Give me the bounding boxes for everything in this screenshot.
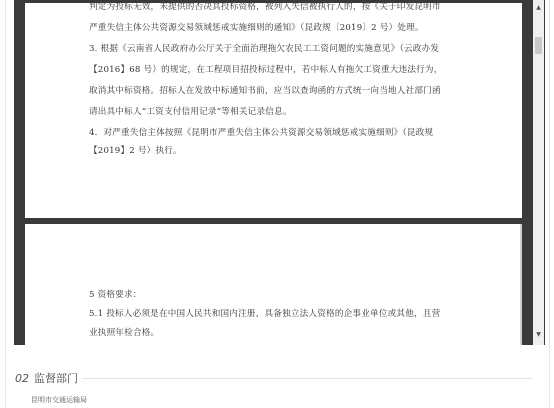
doc-line: 请出具中标人“工资支付信用记录”等相关记录信息。 [89, 105, 292, 117]
doc-line: 严重失信主体公共资源交易领域惩戒实施细则的通知》（昆政规〔2019〕2 号）处理… [89, 21, 424, 33]
doc-line: 5 资格要求： [89, 288, 142, 300]
doc-line: 业执照年检合格。 [89, 326, 159, 338]
section-title: 监督部门 [34, 370, 78, 386]
section-header: 02 监督部门 [15, 369, 78, 387]
doc-line: 5.1 投标人必须是在中国人民共和国内注册，具备独立法人资格的企事业单位或其他，… [89, 307, 440, 319]
doc-line: 3. 根据《云南省人民政府办公厅关于全面治理拖欠农民工工资问题的实施意见》（云政… [89, 42, 439, 54]
doc-line: 取消其中标资格。招标人在发放中标通知书前，应当以查询函的方式统一向当地人社部门函 [89, 84, 441, 96]
document-viewer[interactable]: 判定为投标无效，未提供的否决其投标资格，被列入失信被执行人的，按《关于印发昆明市… [14, 0, 545, 345]
content-border-right [549, 0, 550, 408]
scroll-up-arrow-icon[interactable]: ▲ [533, 3, 544, 13]
scroll-down-arrow-icon[interactable]: ▼ [533, 330, 544, 340]
viewer-scrollbar[interactable]: ▲ ▼ [533, 0, 544, 345]
doc-line: 判定为投标无效，未提供的否决其投标资格，被列入失信被执行人的，按《关于印发昆明市 [89, 3, 441, 12]
section-number: 02 [15, 372, 29, 385]
doc-line: 【2019】2 号）执行。 [89, 144, 182, 156]
document-page-1: 判定为投标无效，未提供的否决其投标资格，被列入失信被执行人的，按《关于印发昆明市… [25, 3, 522, 218]
department-name: 昆明市交通运输局 [31, 395, 87, 405]
section-divider [82, 378, 532, 379]
scroll-thumb[interactable] [535, 37, 542, 54]
doc-line: 【2016】68 号）的规定，在工程项目招投标过程中，若中标人有拖欠工资重大违法… [89, 63, 443, 75]
content-border-left [5, 0, 6, 408]
document-page-2: 5 资格要求： 5.1 投标人必须是在中国人民共和国内注册，具备独立法人资格的企… [25, 224, 522, 345]
doc-line: 4．对严重失信主体按照《昆明市严重失信主体公共资源交易领域惩戒实施细则》（昆政规 [89, 126, 433, 138]
